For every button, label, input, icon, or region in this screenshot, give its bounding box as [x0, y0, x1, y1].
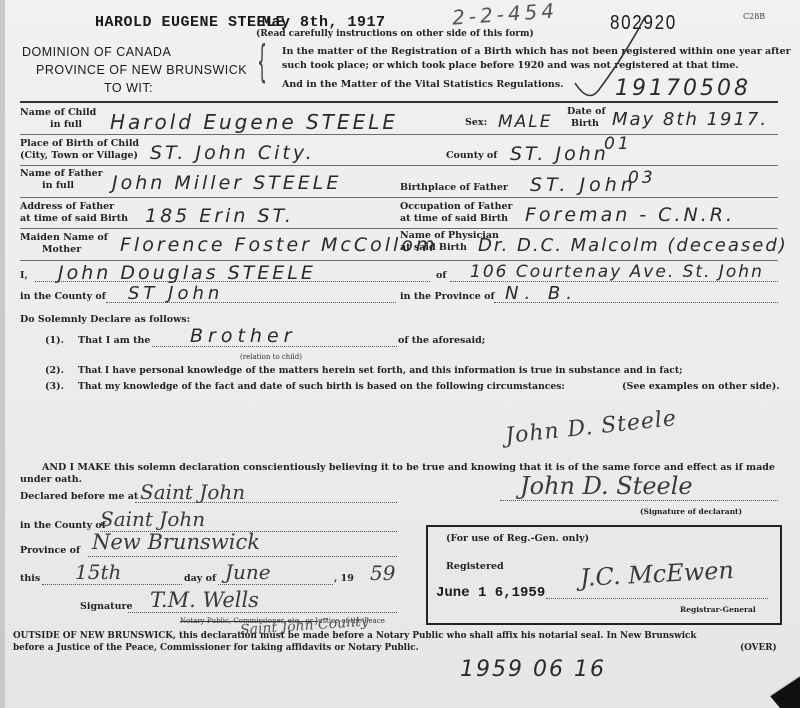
sex-value: MALE: [498, 112, 553, 132]
year-value: 59: [370, 561, 395, 585]
item3-text: That my knowledge of the fact and date o…: [78, 381, 565, 393]
row-divider: [20, 165, 778, 166]
signature-line: [500, 500, 778, 501]
registration-date-code: 1959 06 16: [460, 657, 606, 682]
before-county-value: Saint John: [100, 507, 205, 531]
month-value: June: [225, 560, 271, 584]
item2-text: That I have personal knowledge of the ma…: [78, 365, 683, 377]
declared-before-label: Declared before me at: [20, 491, 138, 503]
mother-label-1: Maiden Name of: [20, 232, 108, 244]
instruction-note: (Read carefully instructions on other si…: [256, 29, 534, 39]
item3-prefix: (3).: [45, 381, 64, 393]
child-name-label-2: in full: [50, 119, 82, 131]
page-corner-fold: [770, 676, 800, 708]
dotted-line: [42, 584, 182, 585]
county-label: County of: [446, 150, 497, 162]
item3-hint: (See examples on other side).: [622, 381, 780, 393]
father-occupation-value: Foreman - C.N.R.: [525, 204, 735, 226]
before-province-label: Province of: [20, 545, 80, 557]
declarant-signature-label: (Signature of declarant): [640, 507, 742, 516]
item1-suffix: of the aforesaid;: [398, 335, 485, 347]
day-of-label: day of: [184, 573, 216, 585]
father-name-label-1: Name of Father: [20, 168, 103, 180]
dotted-line: [88, 556, 397, 557]
relation-value: Brother: [190, 325, 296, 347]
province-of-label: in the Province of: [400, 291, 495, 303]
this-label: this: [20, 573, 40, 585]
father-name-value: John Miller STEELE: [112, 172, 341, 194]
circumstance-signature: John D. Steele: [504, 406, 678, 449]
relation-hint: (relation to child): [240, 353, 302, 361]
dob-label-2: Birth: [571, 118, 599, 130]
item1-text: That I am the: [78, 335, 150, 347]
jurisdiction-line3: TO WIT:: [104, 81, 153, 95]
footer-line-2: before a Justice of the Peace, Commissio…: [13, 642, 419, 654]
day-value: 15th: [75, 560, 121, 584]
registered-date: June 1 6,1959: [436, 585, 545, 601]
matter-text-1: In the matter of the Registration of a B…: [282, 46, 791, 58]
before-province-value: New Brunswick: [92, 530, 260, 554]
item2-prefix: (2).: [45, 365, 64, 377]
dotted-line: [218, 584, 333, 585]
declarant-province: N. B.: [505, 283, 578, 304]
declared-at-value: Saint John: [140, 480, 245, 504]
notary-signature: T.M. Wells: [150, 588, 259, 612]
declarant-name: John Douglas STEELE: [58, 262, 316, 284]
row-divider: [20, 228, 778, 229]
row-divider: [20, 197, 778, 198]
declarant-signature: John D. Steele: [520, 472, 693, 500]
of-label: of: [436, 270, 446, 282]
i-label: I,: [20, 270, 28, 282]
jurisdiction-line1: DOMINION OF CANADA: [22, 45, 171, 59]
row-divider: [20, 260, 778, 261]
father-occupation-label-1: Occupation of Father: [400, 201, 513, 213]
year-prefix: , 19: [334, 573, 354, 585]
place-label-2: (City, Town or Village): [20, 150, 138, 162]
form-code: C28B: [743, 12, 765, 21]
birth-declaration-form: HAROLD EUGENE STEELE May 8th, 1917 2-2-4…: [0, 0, 800, 708]
physician-label-2: at said Birth: [400, 242, 467, 254]
mother-label-2: Mother: [42, 244, 81, 256]
father-birthplace-label: Birthplace of Father: [400, 182, 508, 194]
place-value: ST. John City.: [150, 142, 315, 164]
father-occupation-label-2: at time of said Birth: [400, 213, 508, 225]
place-label-1: Place of Birth of Child: [20, 138, 139, 150]
brace-icon: {: [257, 40, 267, 84]
oath-line-2: under oath.: [20, 474, 82, 486]
physician-value: Dr. D.C. Malcolm (deceased): [478, 235, 788, 256]
dob-value: May 8th 1917.: [612, 109, 768, 130]
father-address-value: 185 Erin ST.: [145, 205, 294, 227]
over-label: (OVER): [740, 642, 777, 654]
dob-label-1: Date of: [567, 106, 606, 118]
father-birthplace-value: ST. John: [530, 174, 637, 196]
matter-text-2: such took place; or which took place bef…: [282, 60, 739, 72]
item1-prefix: (1).: [45, 335, 64, 347]
county-code: 01: [604, 134, 632, 154]
row-divider: [20, 134, 778, 135]
county-of-label: in the County of: [20, 291, 106, 303]
child-name-label-1: Name of Child: [20, 107, 96, 119]
dotted-line: [128, 612, 397, 613]
signature-label: Signature: [80, 601, 133, 613]
birth-date-code: 19170508: [615, 76, 751, 101]
father-address-label-2: at time of said Birth: [20, 213, 128, 225]
father-birthplace-code: 03: [628, 168, 656, 188]
registrar-label: Registrar-General: [680, 605, 756, 614]
registered-label: Registered: [446, 561, 504, 573]
declarant-county: ST John: [128, 283, 223, 304]
sex-label: Sex:: [465, 117, 487, 129]
header-divider: [20, 101, 778, 103]
registrar-signature-line: [546, 598, 768, 599]
mother-value: Florence Foster McCollom: [120, 234, 437, 256]
county-value: ST. John: [510, 143, 609, 165]
registrar-box-title: (For use of Reg.-Gen. only): [446, 533, 589, 545]
matter-text-3: And in the Matter of the Vital Statistic…: [282, 79, 564, 91]
father-address-label-1: Address of Father: [20, 201, 114, 213]
solemnly-declare: Do Solemnly Declare as follows:: [20, 314, 190, 326]
scan-edge: [0, 0, 5, 708]
footer-line-1: OUTSIDE OF NEW BRUNSWICK, this declarati…: [13, 630, 697, 642]
declarant-address: 106 Courtenay Ave. St. John: [470, 262, 764, 282]
file-number: 2-2-454: [451, 0, 558, 30]
child-name-value: Harold Eugene STEELE: [110, 110, 398, 134]
father-name-label-2: in full: [42, 180, 74, 192]
jurisdiction-line2: PROVINCE OF NEW BRUNSWICK: [36, 63, 247, 77]
